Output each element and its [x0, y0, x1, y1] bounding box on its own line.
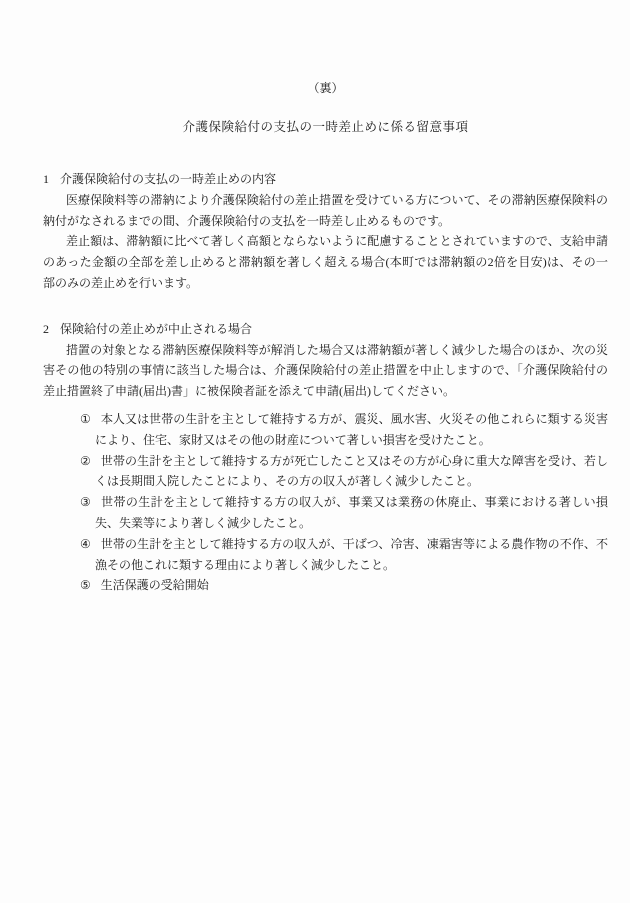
list-item-text: 本人又は世帯の生計を主として維持する方が、震災、風水害、火災その他これらに類する… — [95, 412, 608, 447]
list-item-marker: ⑤ — [80, 575, 91, 596]
section-2-number: 2 — [43, 319, 49, 340]
list-item: ②世帯の生計を主として維持する方が死亡したこと又はその方が心身に重大な障害を受け… — [43, 451, 608, 493]
list-item-marker: ④ — [80, 534, 91, 555]
list-item-marker: ② — [80, 451, 91, 472]
section-2-heading: 2保険給付の差止めが中止される場合 — [43, 319, 608, 340]
section-1-paragraph: 医療保険料等の滞納により介護保険給付の差止措置を受けている方について、その滞納医… — [43, 190, 608, 232]
list-item-text: 世帯の生計を主として維持する方が死亡したこと又はその方が心身に重大な障害を受け、… — [95, 454, 608, 489]
list-item: ③世帯の生計を主として維持する方の収入が、事業又は業務の休廃止、事業における著し… — [43, 492, 608, 534]
list-item-marker: ① — [80, 409, 91, 430]
section-1: 1介護保険給付の支払の一時差止めの内容 医療保険料等の滞納により介護保険給付の差… — [43, 169, 608, 294]
list-item-marker: ③ — [80, 492, 91, 513]
list-item: ⑤生活保護の受給開始 — [43, 575, 608, 596]
circumstance-list: ①本人又は世帯の生計を主として維持する方が、震災、風水害、火災その他これらに類す… — [43, 409, 608, 596]
section-1-number: 1 — [43, 169, 49, 190]
section-2-paragraph: 措置の対象となる滞納医療保険料等が解消した場合又は滞納額が著しく減少した場合のほ… — [43, 340, 608, 402]
section-1-paragraph: 差止額は、滞納額に比べて著しく高額とならないように配慮することとされていますので… — [43, 231, 608, 293]
section-2-heading-text: 保険給付の差止めが中止される場合 — [60, 322, 252, 336]
list-item: ①本人又は世帯の生計を主として維持する方が、震災、風水害、火災その他これらに類す… — [43, 409, 608, 451]
list-item-text: 世帯の生計を主として維持する方の収入が、事業又は業務の休廃止、事業における著しい… — [95, 495, 608, 530]
section-1-heading: 1介護保険給付の支払の一時差止めの内容 — [43, 169, 608, 190]
section-2: 2保険給付の差止めが中止される場合 措置の対象となる滞納医療保険料等が解消した場… — [43, 319, 608, 596]
section-1-heading-text: 介護保険給付の支払の一時差止めの内容 — [60, 172, 276, 186]
document-page: （裏） 介護保険給付の支払の一時差止めに係る留意事項 1介護保険給付の支払の一時… — [0, 0, 630, 903]
list-item-text: 世帯の生計を主として維持する方の収入が、干ばつ、冷害、凍霜害等による農作物の不作… — [95, 537, 608, 572]
document-title: 介護保険給付の支払の一時差止めに係る留意事項 — [43, 120, 608, 134]
page-side-label: （裏） — [43, 82, 608, 95]
list-item: ④世帯の生計を主として維持する方の収入が、干ばつ、冷害、凍霜害等による農作物の不… — [43, 534, 608, 576]
list-item-text: 生活保護の受給開始 — [101, 578, 209, 592]
